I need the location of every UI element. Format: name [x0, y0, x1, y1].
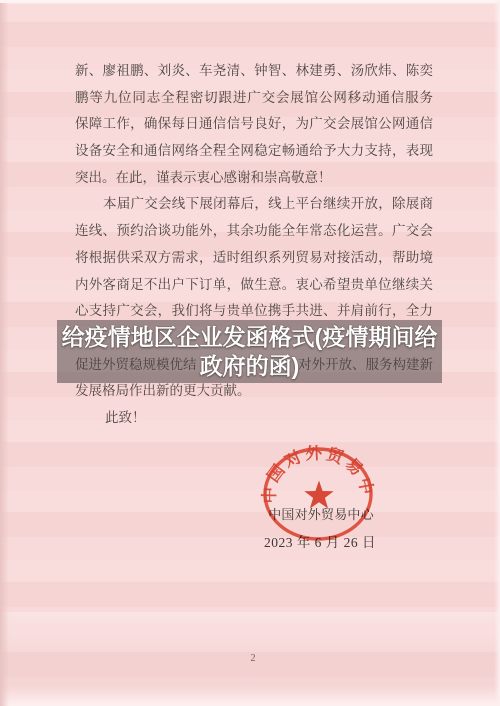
- body-line: 本届广交会线下展闭幕后，线上平台继续开放，除展商: [75, 191, 433, 218]
- caption-title-line1: 给疫情地区企业发函格式(疫情期间给: [57, 323, 442, 352]
- caption-title-line2: 政府的函): [57, 352, 442, 381]
- seal-arc-text: 中国对外贸易中心: [258, 442, 378, 503]
- salutation-line: 此致！: [75, 405, 433, 432]
- body-line: 将根据供采双方需求，适时组织系列贸易对接活动，帮助境: [75, 245, 433, 272]
- scanned-letter-page: 新、廖祖鹏、刘炎、车尧清、钟智、林建勇、汤欣炜、陈奕 鹏等九位同志全程密切跟进广…: [0, 0, 500, 706]
- page-number: 2: [243, 653, 263, 664]
- signature-organization: 中国对外贸易中心: [255, 504, 387, 523]
- body-line: 连线、预约洽谈功能外，其余功能全年常态化运营。广交会: [75, 218, 433, 245]
- signature-date: 2023 年 6 月 26 日: [255, 531, 385, 551]
- page-left-edge: [0, 0, 9, 706]
- svg-text:中国对外贸易中心: 中国对外贸易中心: [258, 442, 378, 503]
- body-line: 设备安全和通信网络全程全网稳定畅通给予大力支持，表现: [75, 138, 433, 165]
- seal-ring: [265, 449, 371, 539]
- page-right-edge: [494, 0, 500, 706]
- body-line: 保障工作，确保每日通信信号良好，为广交会展馆公网通信: [75, 111, 433, 138]
- body-line: 鹏等九位同志全程密切跟进广交会展馆公网移动通信服务: [75, 85, 433, 112]
- body-line: 内外客商足不出户下订单，做生意。衷心希望贵单位继续关: [75, 272, 433, 299]
- caption-banner: 给疫情地区企业发函格式(疫情期间给 政府的函): [57, 320, 442, 383]
- body-line: 突出。在此，谨表示衷心感谢和崇高敬意！: [75, 165, 433, 192]
- body-line: 新、廖祖鹏、刘炎、车尧清、钟智、林建勇、汤欣炜、陈奕: [75, 58, 433, 85]
- page-top-edge: [0, 0, 500, 3]
